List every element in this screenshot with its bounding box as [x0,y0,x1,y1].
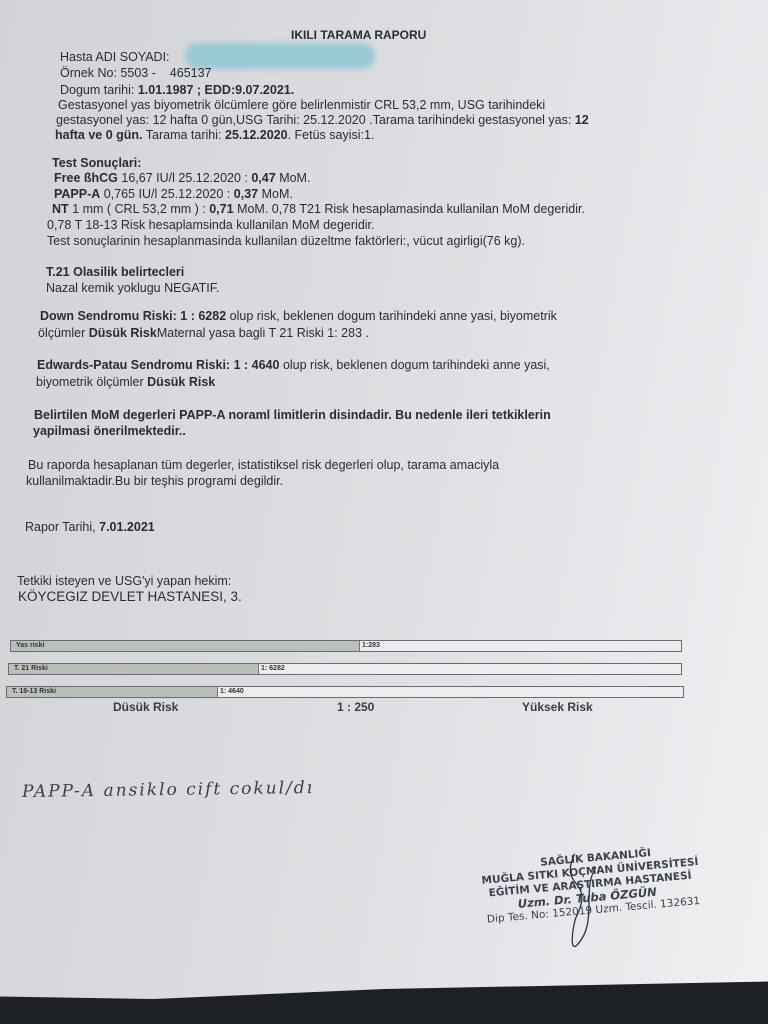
test-row-papp-a: PAPP-A 0,765 IU/l 25.12.2020 : 0,37 MoM. [54,187,293,201]
sample-label: Örnek No: [60,66,117,80]
hospital-stamp: SAĞLIK BAKANLIĞI MUĞLA SITKI KOÇMAN ÜNİV… [480,843,702,927]
test-name: Free ßhCG [54,171,118,185]
warning-line-1: Belirtilen MoM degerleri PAPP-A noraml l… [34,408,551,422]
scale-high-label: Yüksek Risk [522,700,593,714]
gestation-line-1: Gestasyonel yas biyometrik ölcümlere gör… [58,98,545,112]
sample-number: Örnek No: 5503 - 465137 [60,66,212,80]
down-risk-text: olup risk, beklenen dogum tarihindeki an… [230,309,557,323]
risk-bar-label: Yas riski [16,641,44,651]
report-title: IKILI TARAMA RAPORU [291,28,426,42]
gestation-line-2-text: gestasyonel yas: 12 hafta 0 gün,USG Tari… [56,113,571,127]
birth-label: Dogum tarihi: [60,83,134,97]
physician-value: KÖYCEGIZ DEVLET HASTANESI, 3. [18,590,242,604]
physician-label: Tetkiki isteyen ve USG'yi yapan hekim: [17,574,231,588]
edwards-risk-label: Edwards-Patau Sendromu Riski: 1 : 4640 [37,358,279,372]
test-row-free-bhcg: Free ßhCG 16,67 IU/l 25.12.2020 : 0,47 M… [54,171,310,185]
test-unit: MoM. [279,171,310,185]
patient-name-label: Hasta ADI SOYADI: [60,50,170,64]
test-mom: 0,71 [209,202,233,216]
risk-bar-value: 1: 6282 [258,664,285,674]
edwards-patau-risk-2: biyometrik ölçümler Düsük Risk [36,375,215,389]
test-row-nt: NT 1 mm ( CRL 53,2 mm ) : 0,71 MoM. 0,78… [52,202,585,216]
down-syndrome-risk: Down Sendromu Riski: 1 : 6282 olup risk,… [40,309,557,323]
risk-bar-label: T. 18-13 Riski [12,687,56,697]
scale-cutoff-label: 1 : 250 [337,700,374,714]
gestation-days: hafta ve 0 gün. [55,128,143,142]
screening-date: 25.12.2020 [225,128,288,142]
gestation-weeks: 12 [575,113,589,127]
report-page: IKILI TARAMA RAPORU Hasta ADI SOYADI: Ör… [0,0,768,1000]
handwritten-note: PAPP-A ansiklo cift cokul/dı [22,778,314,802]
maternal-age-risk: Maternal yasa bagli T 21 Riski 1: 283 . [157,326,369,340]
sample-value: 5503 - 465137 [120,66,211,80]
test-value: 0,765 IU/l 25.12.2020 : [104,187,230,201]
edwards-risk-text-2: biyometrik ölçümler [36,375,144,389]
down-risk-text-2: ölçümler [38,326,85,340]
risk-bar-fill [11,641,360,651]
correction-factors-note: Test sonuçlarinin hesaplanmasinda kullan… [47,234,525,248]
disclaimer-line-2: kullanilmaktadir.Bu bir teşhis programi … [26,474,283,488]
test-mom: 0,47 [251,171,275,185]
test-name: NT [52,202,69,216]
risk-bar-value: 1:283 [359,641,380,651]
edwards-risk-text: olup risk, beklenen dogum tarihindeki an… [283,358,550,372]
test-name: PAPP-A [54,187,100,201]
edwards-risk-level: Düsük Risk [147,375,215,389]
scale-low-label: Düsük Risk [113,700,178,714]
nasal-bone-result: Nazal kemik yoklugu NEGATIF. [46,281,219,295]
t21-markers-heading: T.21 Olasilik belirtecleri [46,265,184,279]
risk-bar-value: 1: 4640 [217,687,244,697]
risk-bar: Yas riski1:283 [10,640,682,652]
patient-name-row: Hasta ADI SOYADI: [60,50,170,64]
test-value: 1 mm ( CRL 53,2 mm ) : [72,202,206,216]
edwards-patau-risk: Edwards-Patau Sendromu Riski: 1 : 4640 o… [37,358,550,372]
screening-date-label: Tarama tarihi: [146,128,222,142]
signature-icon [534,845,624,972]
gestation-line-2: gestasyonel yas: 12 hafta 0 gün,USG Tari… [56,113,589,127]
edd-value: ; EDD:9.07.2021. [197,83,294,97]
mom-note: 0,78 T 18-13 Risk hesaplamsinda kullanil… [47,218,375,232]
risk-bar: T. 21 Riski1: 6282 [8,663,682,675]
report-date-label: Rapor Tarihi, [25,520,96,534]
test-unit: MoM. 0,78 T21 Risk hesaplamasinda kullan… [237,202,585,216]
test-unit: MoM. [262,187,293,201]
redacted-patient-name [185,43,375,69]
test-results-heading: Test Sonuçlari: [52,156,141,170]
down-syndrome-risk-2: ölçümler Düsük RiskMaternal yasa bagli T… [38,326,369,340]
fetus-count: . Fetüs sayisi:1. [288,128,375,142]
birth-date: Dogum tarihi: 1.01.1987 ; EDD:9.07.2021. [60,83,294,97]
risk-bar-label: T. 21 Riski [14,664,48,674]
disclaimer-line-1: Bu raporda hesaplanan tüm degerler, ista… [28,458,499,472]
down-risk-level: Düsük Risk [89,326,157,340]
warning-line-2: yapilmasi önerilmektedir.. [33,424,186,438]
report-date-value: 7.01.2021 [99,520,155,534]
down-risk-label: Down Sendromu Riski: 1 : 6282 [40,309,226,323]
report-date: Rapor Tarihi, 7.01.2021 [25,520,155,534]
risk-bar: T. 18-13 Riski1: 4640 [6,686,684,698]
test-value: 16,67 IU/l 25.12.2020 : [121,171,247,185]
gestation-line-3: hafta ve 0 gün. Tarama tarihi: 25.12.202… [55,128,374,142]
test-mom: 0,37 [234,187,258,201]
birth-value: 1.01.1987 [138,83,194,97]
